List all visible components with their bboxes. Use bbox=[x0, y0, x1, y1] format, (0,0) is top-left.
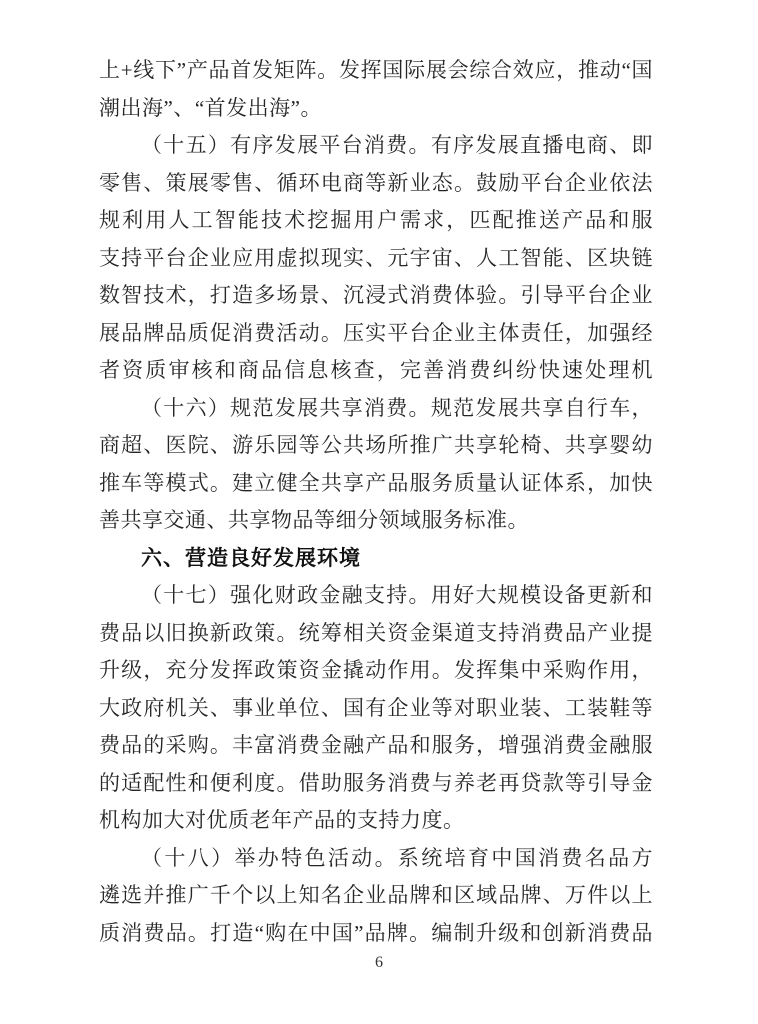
text-line: 零售、策展零售、循环电商等新业态。鼓励平台企业依法合 bbox=[99, 165, 653, 203]
text-line: 支持平台企业应用虚拟现实、元宇宙、人工智能、区块链等 bbox=[99, 240, 653, 278]
text-line: 善共享交通、共享物品等细分领域服务标准。 bbox=[99, 502, 653, 540]
text-line: 机构加大对优质老年产品的支持力度。 bbox=[99, 802, 653, 840]
text-line: 商超、医院、游乐园等公共场所推广共享轮椅、共享婴幼儿 bbox=[99, 427, 653, 465]
text-line: 质消费品。打造“购在中国”品牌。编制升级和创新消费品 bbox=[99, 915, 653, 953]
text-line: （十八）举办特色活动。系统培育中国消费名品方阵， bbox=[99, 840, 653, 878]
document-page: 上+线下”产品首发矩阵。发挥国际展会综合效应，推动“国潮出海”、“首发出海”。（… bbox=[0, 0, 758, 1024]
text-line: （十六）规范发展共享消费。规范发展共享自行车，在 bbox=[99, 390, 653, 428]
text-line: 规利用人工智能技术挖掘用户需求，匹配推送产品和服务。 bbox=[99, 202, 653, 240]
text-line: 大政府机关、事业单位、国有企业等对职业装、工装鞋等消 bbox=[99, 690, 653, 728]
text-line: （十七）强化财政金融支持。用好大规模设备更新和消 bbox=[99, 577, 653, 615]
text-line: 上+线下”产品首发矩阵。发挥国际展会综合效应，推动“国 bbox=[99, 52, 653, 90]
page-number: 6 bbox=[0, 952, 758, 974]
text-line: 费品以旧换新政策。统筹相关资金渠道支持消费品产业提质 bbox=[99, 615, 653, 653]
text-line: （十五）有序发展平台消费。有序发展直播电商、即时 bbox=[99, 127, 653, 165]
text-line: 展品牌品质促消费活动。压实平台企业主体责任，加强经营 bbox=[99, 315, 653, 353]
text-line: 数智技术，打造多场景、沉浸式消费体验。引导平台企业开 bbox=[99, 277, 653, 315]
section-heading: 六、营造良好发展环境 bbox=[99, 540, 653, 578]
text-line: 升级，充分发挥政策资金撬动作用。发挥集中采购作用，扩 bbox=[99, 652, 653, 690]
text-line: 的适配性和便利度。借助服务消费与养老再贷款等引导金融 bbox=[99, 765, 653, 803]
text-block: 上+线下”产品首发矩阵。发挥国际展会综合效应，推动“国潮出海”、“首发出海”。（… bbox=[99, 52, 653, 952]
text-line: 费品的采购。丰富消费金融产品和服务，增强消费金融服务 bbox=[99, 727, 653, 765]
text-line: 遴选并推广千个以上知名企业品牌和区域品牌、万件以上优 bbox=[99, 877, 653, 915]
text-line: 推车等模式。建立健全共享产品服务质量认证体系，加快完 bbox=[99, 465, 653, 503]
text-line: 潮出海”、“首发出海”。 bbox=[99, 90, 653, 128]
text-line: 者资质审核和商品信息核查，完善消费纠纷快速处理机制。 bbox=[99, 352, 653, 390]
